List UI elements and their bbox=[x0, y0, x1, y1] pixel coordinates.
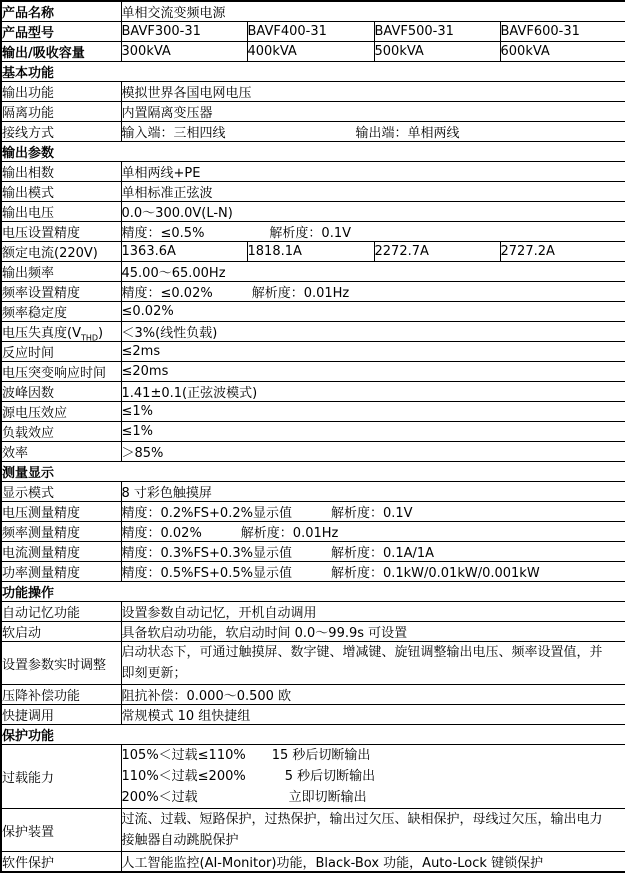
spec-row: 源电压效应≤1% bbox=[1, 402, 625, 422]
spec-row: 电流测量精度精度：0.3%FS+0.3%显示值 解析度：0.1A/1A bbox=[1, 542, 625, 562]
row-value: 45.00～65.00Hz bbox=[121, 262, 625, 282]
label-text: ) bbox=[98, 326, 103, 341]
row-label: 输出/吸收容量 bbox=[1, 42, 121, 62]
spec-row: 电压测量精度精度：0.2%FS+0.2%显示值 解析度：0.1V bbox=[1, 502, 625, 522]
row-value-col3: 500kVA bbox=[374, 42, 500, 62]
row-value: 1.41±0.1(正弦波模式) bbox=[121, 382, 625, 402]
row-label: 输出相数 bbox=[1, 162, 121, 182]
row-value: 单相两线+PE bbox=[121, 162, 625, 182]
row-value: ≤0.02% bbox=[121, 302, 625, 322]
row-label: 波峰因数 bbox=[1, 382, 121, 402]
row-value: 人工智能监控(AI-Monitor)功能，Black-Box 功能，Auto-L… bbox=[121, 852, 625, 873]
spec-row: 产品型号BAVF300-31BAVF400-31BAVF500-31BAVF60… bbox=[1, 22, 625, 42]
spec-row: 设置参数实时调整启动状态下，可通过触摸屏、数字键、增减键、旋钮调整输出电压、频率… bbox=[1, 642, 625, 685]
row-label: 频率设置精度 bbox=[1, 282, 121, 302]
spec-row: 输出电压0.0～300.0V(L-N) bbox=[1, 202, 625, 222]
section-row: 功能操作 bbox=[1, 582, 625, 602]
row-label: 保护装置 bbox=[1, 809, 121, 852]
spec-row: 功率测量精度精度：0.5%FS+0.5%显示值 解析度：0.1kW/0.01kW… bbox=[1, 562, 625, 582]
row-label: 软启动 bbox=[1, 622, 121, 642]
row-value: ≤1% bbox=[121, 402, 625, 422]
spec-row: 电压失真度(VTHD)＜3%(线性负载) bbox=[1, 322, 625, 342]
spec-row: 软启动具备软启动功能，软启动时间 0.0～99.9s 可设置 bbox=[1, 622, 625, 642]
row-label: 源电压效应 bbox=[1, 402, 121, 422]
value-line: 105%＜过载≤110% 15 秒后切断输出 bbox=[122, 745, 625, 766]
spec-row: 频率测量精度精度：0.02% 解析度：0.01Hz bbox=[1, 522, 625, 542]
row-value: 内置隔离变压器 bbox=[121, 102, 625, 122]
row-value: 过流、过载、短路保护，过热保护，输出过欠压、缺相保护，母线过欠压，输出电力接触器… bbox=[121, 809, 625, 852]
row-label: 效率 bbox=[1, 442, 121, 462]
spec-row: 显示模式8 寸彩色触摸屏 bbox=[1, 482, 625, 502]
row-label: 电压失真度(VTHD) bbox=[1, 322, 121, 342]
row-value: ＞85% bbox=[121, 442, 625, 462]
spec-row: 输出/吸收容量300kVA400kVA500kVA600kVA bbox=[1, 42, 625, 62]
row-label: 软件保护 bbox=[1, 852, 121, 873]
row-label: 显示模式 bbox=[1, 482, 121, 502]
row-value: 常规模式 10 组快捷组 bbox=[121, 705, 625, 725]
row-value-col1: 1363.6A bbox=[121, 242, 247, 262]
row-label: 额定电流(220V) bbox=[1, 242, 121, 262]
spec-row: 过载能力105%＜过载≤110% 15 秒后切断输出110%＜过载≤200% 5… bbox=[1, 745, 625, 809]
spec-row: 隔离功能内置隔离变压器 bbox=[1, 102, 625, 122]
row-label: 设置参数实时调整 bbox=[1, 642, 121, 685]
row-value-col2: 1818.1A bbox=[247, 242, 374, 262]
row-label: 电压突变响应时间 bbox=[1, 362, 121, 382]
row-value-col1: BAVF300-31 bbox=[121, 22, 247, 42]
row-value: 设置参数自动记忆，开机自动调用 bbox=[121, 602, 625, 622]
spec-row: 频率设置精度精度：≤0.02% 解析度：0.01Hz bbox=[1, 282, 625, 302]
value-line: 200%＜过载 立即切断输出 bbox=[122, 787, 625, 808]
row-value: ≤20ms bbox=[121, 362, 625, 382]
spec-row: 输出功能模拟世界各国电网电压 bbox=[1, 82, 625, 102]
row-label: 输出模式 bbox=[1, 182, 121, 202]
spec-row: 效率＞85% bbox=[1, 442, 625, 462]
row-label: 电流测量精度 bbox=[1, 542, 121, 562]
row-label: 频率稳定度 bbox=[1, 302, 121, 322]
product-spec-table: 产品名称单相交流变频电源产品型号BAVF300-31BAVF400-31BAVF… bbox=[0, 0, 625, 873]
row-value: 8 寸彩色触摸屏 bbox=[121, 482, 625, 502]
spec-row: 输出相数单相两线+PE bbox=[1, 162, 625, 182]
row-value: 精度：0.3%FS+0.3%显示值 解析度：0.1A/1A bbox=[121, 542, 625, 562]
label-text: 电压失真度(V bbox=[2, 326, 81, 341]
section-header: 功能操作 bbox=[1, 582, 625, 602]
spec-row: 波峰因数1.41±0.1(正弦波模式) bbox=[1, 382, 625, 402]
row-value-col4: 2727.2A bbox=[500, 242, 625, 262]
row-label: 自动记忆功能 bbox=[1, 602, 121, 622]
spec-row: 输出模式单相标准正弦波 bbox=[1, 182, 625, 202]
row-label: 负载效应 bbox=[1, 422, 121, 442]
value-line: 110%＜过载≤200% 5 秒后切断输出 bbox=[122, 766, 625, 787]
section-row: 保护功能 bbox=[1, 725, 625, 745]
row-value: 单相标准正弦波 bbox=[121, 182, 625, 202]
spec-sheet-page: 产品名称单相交流变频电源产品型号BAVF300-31BAVF400-31BAVF… bbox=[0, 0, 625, 873]
section-header: 测量显示 bbox=[1, 462, 625, 482]
row-label: 频率测量精度 bbox=[1, 522, 121, 542]
row-value: 单相交流变频电源 bbox=[121, 1, 625, 22]
row-value-col2: BAVF400-31 bbox=[247, 22, 374, 42]
section-row: 基本功能 bbox=[1, 62, 625, 82]
row-label: 接线方式 bbox=[1, 122, 121, 142]
value-line: 过流、过载、短路保护，过热保护，输出过欠压、缺相保护，母线过欠压，输出电力 bbox=[122, 809, 625, 830]
row-value: 阻抗补偿：0.000～0.500 欧 bbox=[121, 685, 625, 705]
spec-row: 自动记忆功能设置参数自动记忆，开机自动调用 bbox=[1, 602, 625, 622]
row-label: 输出电压 bbox=[1, 202, 121, 222]
row-label: 隔离功能 bbox=[1, 102, 121, 122]
row-value: 启动状态下，可通过触摸屏、数字键、增减键、旋钮调整输出电压、频率设置值，并即刻更… bbox=[121, 642, 625, 685]
spec-row: 接线方式输入端：三相四线 输出端：单相两线 bbox=[1, 122, 625, 142]
section-header: 基本功能 bbox=[1, 62, 625, 82]
section-header: 保护功能 bbox=[1, 725, 625, 745]
row-value: 模拟世界各国电网电压 bbox=[121, 82, 625, 102]
row-value: 精度：0.02% 解析度：0.01Hz bbox=[121, 522, 625, 542]
value-line: 即刻更新； bbox=[122, 663, 625, 684]
row-value-col1: 300kVA bbox=[121, 42, 247, 62]
spec-row: 电压突变响应时间≤20ms bbox=[1, 362, 625, 382]
row-value-col2: 400kVA bbox=[247, 42, 374, 62]
spec-row: 快捷调用常规模式 10 组快捷组 bbox=[1, 705, 625, 725]
row-value: 精度：≤0.5% 解析度：0.1V bbox=[121, 222, 625, 242]
row-label: 电压测量精度 bbox=[1, 502, 121, 522]
spec-row: 输出频率45.00～65.00Hz bbox=[1, 262, 625, 282]
row-value-col3: BAVF500-31 bbox=[374, 22, 500, 42]
section-header: 输出参数 bbox=[1, 142, 625, 162]
section-row: 输出参数 bbox=[1, 142, 625, 162]
row-value-col4: BAVF600-31 bbox=[500, 22, 625, 42]
spec-row: 频率稳定度≤0.02% bbox=[1, 302, 625, 322]
spec-row: 电压设置精度精度：≤0.5% 解析度：0.1V bbox=[1, 222, 625, 242]
row-label: 反应时间 bbox=[1, 342, 121, 362]
spec-row: 反应时间≤2ms bbox=[1, 342, 625, 362]
row-value: 105%＜过载≤110% 15 秒后切断输出110%＜过载≤200% 5 秒后切… bbox=[121, 745, 625, 809]
spec-row: 压降补偿功能阻抗补偿：0.000～0.500 欧 bbox=[1, 685, 625, 705]
value-line: 接触器自动跳脱保护 bbox=[122, 830, 625, 851]
spec-table-body: 产品名称单相交流变频电源产品型号BAVF300-31BAVF400-31BAVF… bbox=[1, 1, 625, 872]
spec-row: 保护装置过流、过载、短路保护，过热保护，输出过欠压、缺相保护，母线过欠压，输出电… bbox=[1, 809, 625, 852]
row-value: ＜3%(线性负载) bbox=[121, 322, 625, 342]
section-row: 测量显示 bbox=[1, 462, 625, 482]
row-label: 输出功能 bbox=[1, 82, 121, 102]
row-value: 精度：0.2%FS+0.2%显示值 解析度：0.1V bbox=[121, 502, 625, 522]
spec-row: 软件保护人工智能监控(AI-Monitor)功能，Black-Box 功能，Au… bbox=[1, 852, 625, 873]
row-value: 0.0～300.0V(L-N) bbox=[121, 202, 625, 222]
row-label: 电压设置精度 bbox=[1, 222, 121, 242]
row-label: 产品名称 bbox=[1, 1, 121, 22]
value-line: 启动状态下，可通过触摸屏、数字键、增减键、旋钮调整输出电压、频率设置值，并 bbox=[122, 642, 625, 663]
row-label: 压降补偿功能 bbox=[1, 685, 121, 705]
row-label: 输出频率 bbox=[1, 262, 121, 282]
row-value: ≤2ms bbox=[121, 342, 625, 362]
row-value: 输入端：三相四线 输出端：单相两线 bbox=[121, 122, 625, 142]
row-label: 过载能力 bbox=[1, 745, 121, 809]
row-label: 快捷调用 bbox=[1, 705, 121, 725]
spec-row: 产品名称单相交流变频电源 bbox=[1, 1, 625, 22]
row-value: 精度：≤0.02% 解析度：0.01Hz bbox=[121, 282, 625, 302]
label-subscript: THD bbox=[81, 334, 98, 342]
row-value: 具备软启动功能，软启动时间 0.0～99.9s 可设置 bbox=[121, 622, 625, 642]
spec-row: 额定电流(220V)1363.6A1818.1A2272.7A2727.2A bbox=[1, 242, 625, 262]
row-value: ≤1% bbox=[121, 422, 625, 442]
row-value: 精度：0.5%FS+0.5%显示值 解析度：0.1kW/0.01kW/0.001… bbox=[121, 562, 625, 582]
row-label: 功率测量精度 bbox=[1, 562, 121, 582]
row-value-col3: 2272.7A bbox=[374, 242, 500, 262]
spec-row: 负载效应≤1% bbox=[1, 422, 625, 442]
row-value-col4: 600kVA bbox=[500, 42, 625, 62]
row-label: 产品型号 bbox=[1, 22, 121, 42]
